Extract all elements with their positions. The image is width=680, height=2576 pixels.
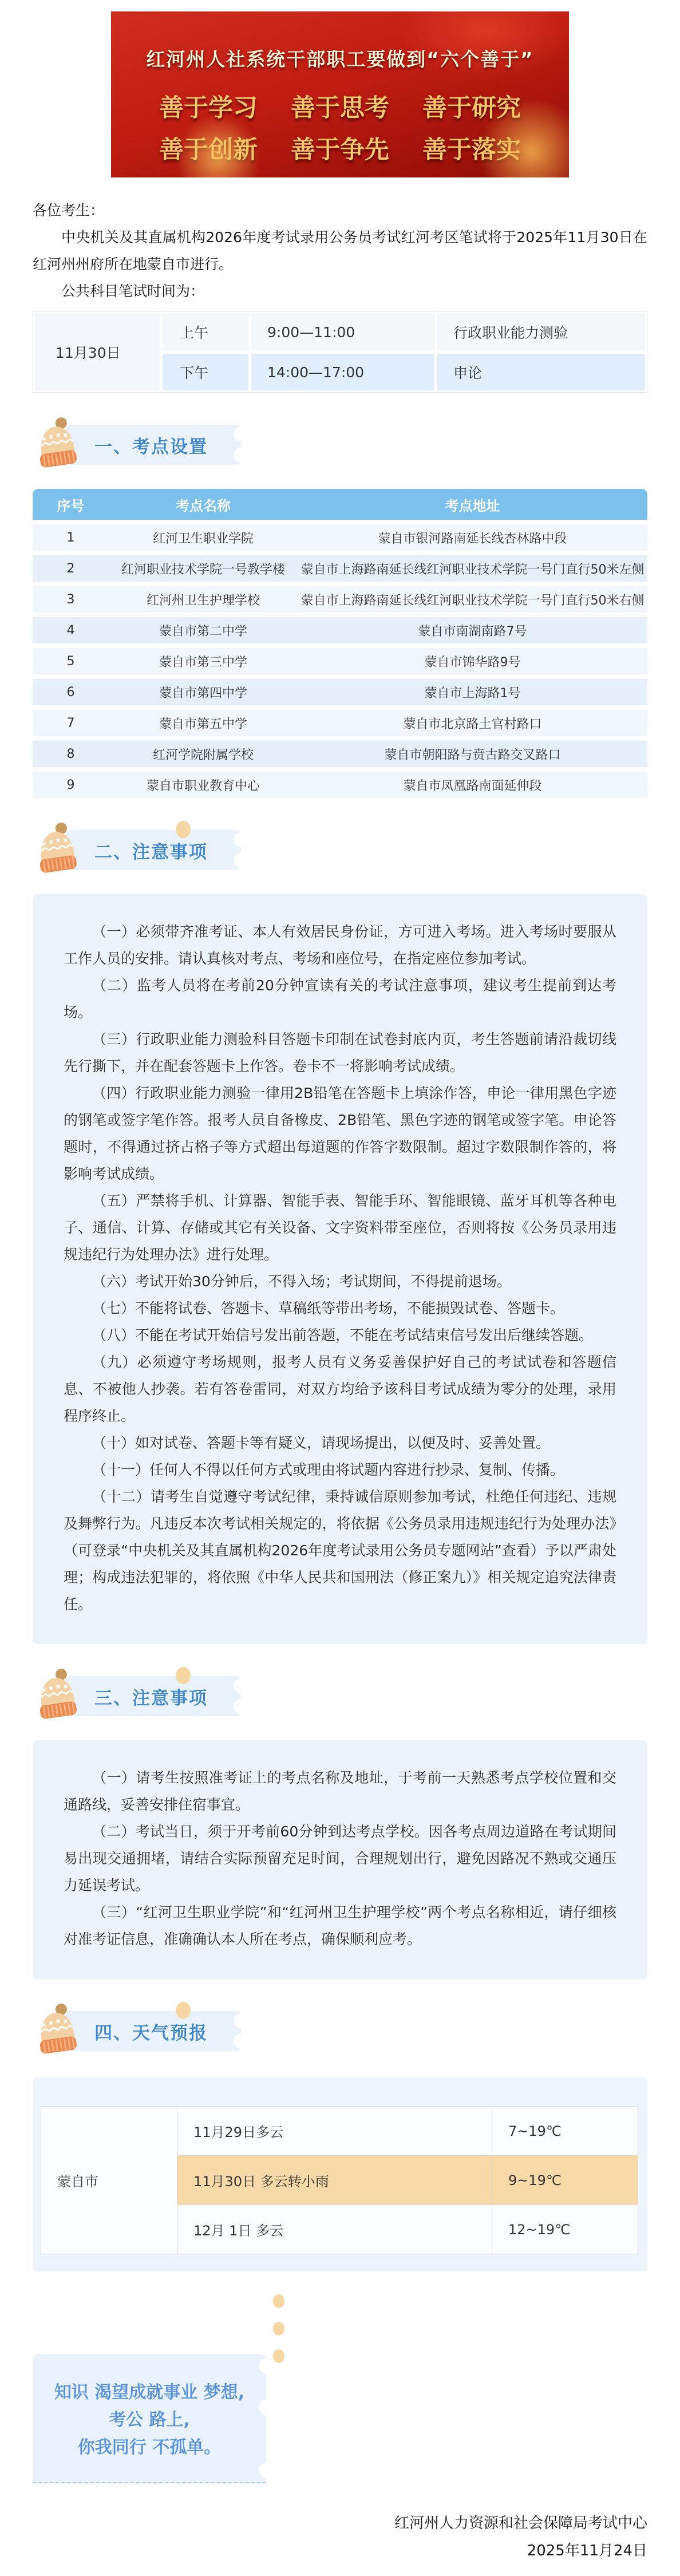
cell-site: 红河职业技术学院一号教学楼 — [109, 560, 298, 578]
notice-item: （八）不能在考试开始信号发出前答题，不能在考试结束信号发出后继续答题。 — [64, 1322, 616, 1349]
scallop-notch — [259, 2400, 274, 2415]
cell-address: 蒙自市锦华路9号 — [298, 653, 647, 670]
notice-item: （九）必须遵守考场规则，报考人员有义务妥善保护好自己的考试试卷和答题信息、不被他… — [64, 1349, 616, 1429]
cell-site: 蒙自市职业教育中心 — [109, 776, 298, 794]
orange-dot — [176, 821, 191, 838]
winter-hat-icon — [29, 1664, 83, 1724]
table-row: 1 红河卫生职业学院 蒙自市银河路南延长线杏林路中段 — [33, 524, 647, 551]
banner-title: 红河州人社系统干部职工要做到“六个善于” — [111, 45, 569, 72]
section-header-1: 一、考点设置 — [33, 416, 647, 473]
slogan: 善于创新 — [159, 131, 258, 165]
section-header-4: 四、天气预报 — [33, 2002, 647, 2059]
table-row: 7 蒙自市第五中学 蒙自市北京路土官村路口 — [33, 710, 647, 736]
cell-index: 2 — [33, 562, 109, 576]
scallop-notch — [259, 2358, 274, 2373]
notice-item: （十二）请考生自觉遵守考试纪律，秉持诚信原则参加考试，杜绝任何违纪、违规及舞弊行… — [64, 1483, 616, 1618]
schedule-date-cell: 11月30日 — [35, 314, 160, 390]
quote-line: 考公 路上, — [39, 2407, 259, 2434]
winter-hat-icon — [29, 413, 83, 473]
cell-index: 9 — [33, 778, 109, 792]
section-title-box: 四、天气预报 — [66, 2011, 241, 2051]
exam-schedule-table: 11月30日 上午 9:00—11:00 行政职业能力测验 下午 14:00—1… — [33, 311, 647, 393]
intro-paragraph: 中央机关及其直属机构2026年度考试录用公务员考试红河考区笔试将于2025年11… — [33, 224, 647, 278]
quote-line: 知识 渴望成就事业 梦想, — [39, 2379, 259, 2407]
table-row: 9 蒙自市职业教育中心 蒙自市凤凰路南面延伸段 — [33, 772, 647, 798]
notice-box-2: （一）请考生按照准考证上的考点名称及地址，于考前一天熟悉考点学校位置和交通路线，… — [33, 1740, 647, 1979]
notice-item: （一）必须带齐准考证、本人有效居民身份证，方可进入考场。进入考场时要服从工作人员… — [64, 918, 616, 972]
cell-index: 7 — [33, 716, 109, 730]
section-header-2: 二、注意事项 — [33, 821, 647, 878]
session-cell: 上午 — [163, 314, 248, 350]
section-title: 一、考点设置 — [94, 432, 208, 458]
column-header: 考点名称 — [109, 495, 298, 515]
table-header-row: 序号 考点名称 考点地址 — [33, 489, 647, 520]
cell-address: 蒙自市上海路南延长线红河职业技术学院一号门直行50米左侧 — [298, 560, 647, 578]
table-row: 2 红河职业技术学院一号教学楼 蒙自市上海路南延长线红河职业技术学院一号门直行5… — [33, 555, 647, 582]
table-row: 6 蒙自市第四中学 蒙自市上海路1号 — [33, 679, 647, 705]
scallop-notch — [234, 2013, 248, 2028]
intro-paragraph: 公共科目笔试时间为： — [33, 278, 647, 305]
table-row: 上午 9:00—11:00 行政职业能力测验 — [163, 314, 645, 350]
notice-item: （五）严禁将手机、计算器、智能手表、智能手环、智能眼镜、蓝牙耳机等各种电子、通信… — [64, 1187, 616, 1268]
section-title-box: 一、考点设置 — [66, 425, 241, 465]
cell-site: 蒙自市第三中学 — [109, 653, 298, 670]
cell-address: 蒙自市上海路南延长线红河职业技术学院一号门直行50米右侧 — [298, 591, 647, 609]
weather-section: 蒙自市 11月29日多云 7~19℃ 11月30日 多云转小雨 9~19℃ 12… — [33, 2077, 647, 2271]
cell-index: 8 — [33, 747, 109, 761]
cell-index: 3 — [33, 592, 109, 607]
exam-locations-table: 序号 考点名称 考点地址 1 红河卫生职业学院 蒙自市银河路南延长线杏林路中段 … — [33, 489, 647, 798]
subject-cell: 申论 — [437, 354, 645, 390]
quote-line: 你我同行 不孤单。 — [39, 2434, 259, 2462]
scallop-notch — [234, 1699, 248, 1714]
table-row: 蒙自市 11月29日多云 7~19℃ — [41, 2107, 638, 2156]
orange-dot — [273, 2294, 284, 2308]
table-row: 3 红河州卫生护理学校 蒙自市上海路南延长线红河职业技术学院一号门直行50米右侧 — [33, 586, 647, 613]
slogan: 善于落实 — [422, 131, 521, 165]
notice-item: （四）行政职业能力测验一律用2B铅笔在答题卡上填涂作答，申论一律用黑色字迹的钢笔… — [64, 1080, 616, 1187]
subject-cell: 行政职业能力测验 — [437, 314, 645, 350]
slogan: 善于学习 — [159, 89, 258, 124]
cell-index: 4 — [33, 623, 109, 638]
orange-dot — [176, 2002, 191, 2019]
slogan: 善于研究 — [422, 89, 521, 124]
forecast-cell: 11月29日多云 — [177, 2107, 492, 2156]
section-title: 四、天气预报 — [94, 2018, 208, 2044]
cell-address: 蒙自市上海路1号 — [298, 683, 647, 701]
section-header-3: 三、注意事项 — [33, 1667, 647, 1724]
temperature-cell: 9~19℃ — [492, 2156, 638, 2205]
notice-item: （三）行政职业能力测验科目答题卡印制在试卷封底内页，考生答题前请沿裁切线先行撕下… — [64, 1026, 616, 1080]
notice-item: （三）“红河卫生职业学院”和“红河州卫生护理学校”两个考点名称相近，请仔细核对准… — [64, 1899, 616, 1953]
forecast-cell: 12月 1日 多云 — [177, 2205, 492, 2254]
winter-hat-icon — [29, 1999, 83, 2059]
cell-address: 蒙自市银河路南延长线杏林路中段 — [298, 529, 647, 547]
cell-index: 1 — [33, 531, 109, 545]
cell-site: 蒙自市第四中学 — [109, 683, 298, 701]
slogan: 善于思考 — [291, 89, 389, 124]
cell-site: 红河学院附属学校 — [109, 745, 298, 763]
motivation-quote-box: 知识 渴望成就事业 梦想, 考公 路上, 你我同行 不孤单。 — [33, 2354, 266, 2483]
weather-table: 蒙自市 11月29日多云 7~19℃ 11月30日 多云转小雨 9~19℃ 12… — [41, 2106, 638, 2254]
banner-slogans-row1: 善于学习 善于思考 善于研究 — [111, 89, 569, 124]
orange-dot — [273, 2322, 284, 2336]
scallop-notch — [234, 853, 248, 868]
notice-item: （七）不能将试卷、答题卡、草稿纸等带出考场，不能损毁试卷、答题卡。 — [64, 1295, 616, 1322]
notice-item: （六）考试开始30分钟后，不得入场；考试期间，不得提前退场。 — [64, 1268, 616, 1295]
issuing-org: 红河州人力资源和社会保障局考试中心 — [33, 2510, 647, 2537]
issue-date: 2025年11月24日 — [33, 2537, 647, 2565]
salutation: 各位考生： — [33, 197, 647, 224]
signature-block: 红河州人力资源和社会保障局考试中心 2025年11月24日 — [33, 2510, 647, 2576]
slogan: 善于争先 — [291, 131, 389, 165]
table-row: 8 红河学院附属学校 蒙自市朝阳路与贲古路交叉路口 — [33, 741, 647, 767]
temperature-cell: 7~19℃ — [492, 2107, 638, 2156]
scallop-notch — [234, 2034, 248, 2049]
scallop-notch — [234, 427, 248, 442]
cell-address: 蒙自市凤凰路南面延伸段 — [298, 776, 647, 794]
cell-site: 蒙自市第二中学 — [109, 622, 298, 639]
column-header: 序号 — [33, 495, 109, 515]
table-row: 下午 14:00—17:00 申论 — [163, 354, 645, 390]
cell-index: 5 — [33, 654, 109, 669]
session-cell: 下午 — [163, 354, 248, 390]
section-title-box: 二、注意事项 — [66, 830, 241, 870]
cell-site: 蒙自市第五中学 — [109, 714, 298, 732]
section-title: 二、注意事项 — [94, 837, 208, 863]
orange-dot — [273, 2349, 284, 2363]
section-title-box: 三、注意事项 — [66, 1676, 241, 1716]
notice-item: （十）如对试卷、答题卡等有疑义，请现场提出，以便及时、妥善处置。 — [64, 1429, 616, 1456]
cell-site: 红河州卫生护理学校 — [109, 591, 298, 609]
winter-hat-icon — [29, 818, 83, 878]
cell-index: 6 — [33, 685, 109, 700]
section-title: 三、注意事项 — [94, 1684, 208, 1709]
scallop-notch — [234, 448, 248, 463]
notice-box-1: （一）必须带齐准考证、本人有效居民身份证，方可进入考场。进入考场时要服从工作人员… — [33, 894, 647, 1644]
decor-dots — [273, 2294, 647, 2363]
notice-item: （二）监考人员将在考前20分钟宣读有关的考试注意事项，建议考生提前到达考场。 — [64, 972, 616, 1026]
cell-address: 蒙自市北京路土官村路口 — [298, 714, 647, 732]
time-cell: 9:00—11:00 — [251, 314, 434, 350]
table-row: 5 蒙自市第三中学 蒙自市锦华路9号 — [33, 648, 647, 674]
schedule-rows: 上午 9:00—11:00 行政职业能力测验 下午 14:00—17:00 申论 — [163, 314, 645, 390]
header-banner: 红河州人社系统干部职工要做到“六个善于” 善于学习 善于思考 善于研究 善于创新… — [111, 11, 569, 177]
scallop-notch — [259, 2463, 274, 2478]
notice-item: （二）考试当日，须于开考前60分钟到达考点学校。因各考点周边道路在考试期间易出现… — [64, 1818, 616, 1899]
table-row: 4 蒙自市第二中学 蒙自市南湖南路7号 — [33, 617, 647, 643]
intro-text: 各位考生： 中央机关及其直属机构2026年度考试录用公务员考试红河考区笔试将于2… — [33, 197, 647, 305]
scallop-notch — [234, 832, 248, 847]
time-cell: 14:00—17:00 — [251, 354, 434, 390]
notice-item: （十一）任何人不得以任何方式或理由将试题内容进行抄录、复制、传播。 — [64, 1456, 616, 1483]
banner-slogans-row2: 善于创新 善于争先 善于落实 — [111, 131, 569, 165]
forecast-cell: 11月30日 多云转小雨 — [177, 2156, 492, 2205]
notice-item: （一）请考生按照准考证上的考点名称及地址，于考前一天熟悉考点学校位置和交通路线，… — [64, 1764, 616, 1818]
cell-address: 蒙自市南湖南路7号 — [298, 622, 647, 639]
column-header: 考点地址 — [298, 495, 647, 515]
orange-dot — [176, 1667, 191, 1684]
city-cell: 蒙自市 — [41, 2107, 177, 2254]
cell-address: 蒙自市朝阳路与贲古路交叉路口 — [298, 745, 647, 763]
scallop-notch — [234, 1678, 248, 1693]
temperature-cell: 12~19℃ — [492, 2205, 638, 2254]
cell-site: 红河卫生职业学院 — [109, 529, 298, 547]
